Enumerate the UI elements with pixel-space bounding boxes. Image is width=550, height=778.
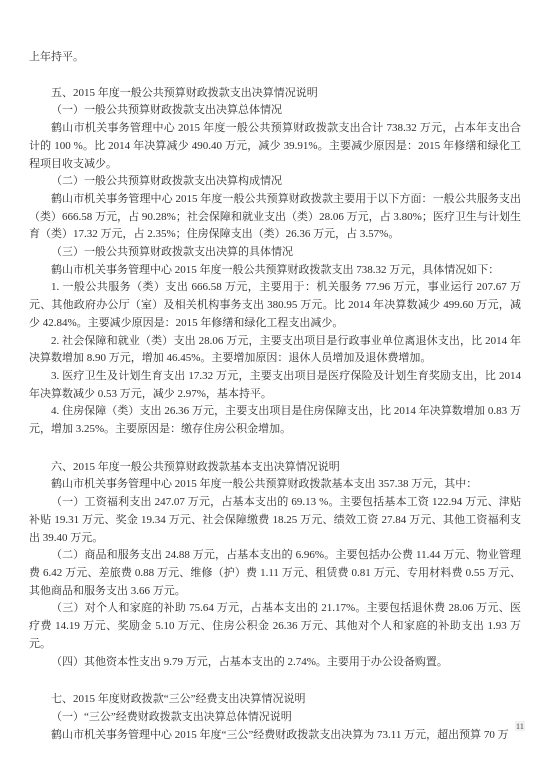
section7-sub1-heading: （一）“三公”经费财政拨款支出决算总体情况说明 <box>29 709 521 727</box>
section6-item-3: （三）对个人和家庭的补助 75.64 万元，占基本支出的 21.17%。主要包括… <box>29 600 521 653</box>
section5-sub3-heading: （三）一般公共预算财政拨款支出决算的具体情况 <box>29 244 521 262</box>
expense-item-3: 3. 医疗卫生及计划生育支出 17.32 万元，主要支出项目是医疗保险及计划生育… <box>29 368 521 403</box>
document-page: 上年持平。 五、2015 年度一般公共预算财政拨款支出决算情况说明 （一）一般公… <box>0 0 550 778</box>
section6-intro: 鹤山市机关事务管理中心 2015 年度一般公共预算财政拨款基本支出 357.38… <box>29 476 521 494</box>
document-body: 上年持平。 五、2015 年度一般公共预算财政拨款支出决算情况说明 （一）一般公… <box>29 49 521 744</box>
section5-sub1-heading: （一）一般公共预算财政拨款支出决算总体情况 <box>29 102 521 120</box>
section5-detail-intro: 鹤山市机关事务管理中心 2015 年度一般公共预算财政拨款支出 738.32 万… <box>29 262 521 280</box>
expense-item-4: 4. 住房保障（类）支出 26.36 万元，主要支出项目是住房保障支出，比 20… <box>29 403 521 438</box>
section5-sub2-heading: （二）一般公共预算财政拨款支出决算构成情况 <box>29 173 521 191</box>
section6-item-2: （二）商品和服务支出 24.88 万元，占基本支出的 6.96%。主要包括办公费… <box>29 547 521 600</box>
section7-intro-paragraph: 鹤山市机关事务管理中心 2015 年度“三公”经费财政拨款支出决算为 73.11… <box>29 727 521 745</box>
expense-item-2: 2. 社会保障和就业（类）支出 28.06 万元，主要支出项目是行政事业单位离退… <box>29 333 521 368</box>
continuation-paragraph: 上年持平。 <box>29 49 521 67</box>
page-number: 11 <box>515 721 525 731</box>
section5-overview-paragraph: 鹤山市机关事务管理中心 2015 年度一般公共预算财政拨款支出合计 738.32… <box>29 120 521 173</box>
section6-item-4: （四）其他资本性支出 9.79 万元，占基本支出的 2.74%。主要用于办公设备… <box>29 654 521 672</box>
section5-composition-paragraph: 鹤山市机关事务管理中心 2015 年度一般公共预算财政拨款主要用于以下方面：一般… <box>29 191 521 244</box>
section6-item-1: （一）工资福利支出 247.07 万元，占基本支出的 69.13 %。主要包括基… <box>29 494 521 547</box>
section7-heading: 七、2015 年度财政拨款“三公”经费支出决算情况说明 <box>29 691 521 709</box>
section6-heading: 六、2015 年度一般公共预算财政拨款基本支出决算情况说明 <box>29 459 521 477</box>
section5-heading: 五、2015 年度一般公共预算财政拨款支出决算情况说明 <box>29 85 521 103</box>
expense-item-1: 1. 一般公共服务（类）支出 666.58 万元，主要用于：机关服务 77.96… <box>29 279 521 332</box>
